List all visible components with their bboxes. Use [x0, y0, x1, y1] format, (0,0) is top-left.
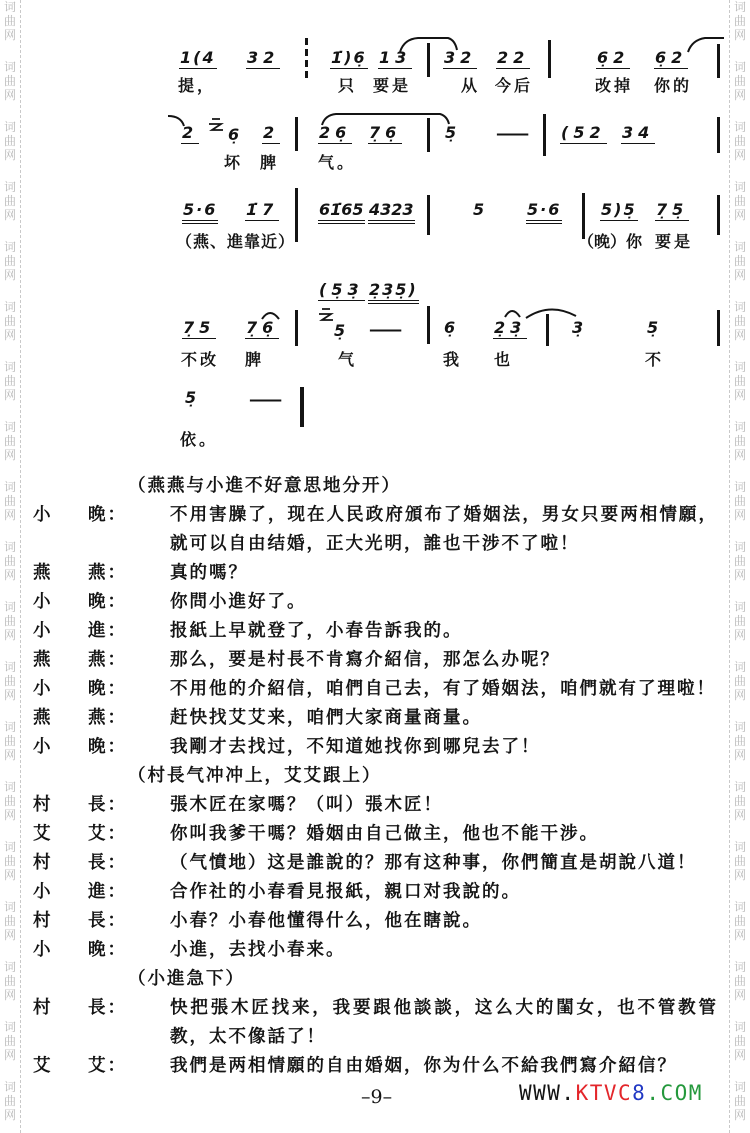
note-group: 6̣2 [596, 50, 630, 69]
speech-text: 就可以自由结婚，正大光明，誰也干涉不了啦！ [170, 530, 580, 559]
lyric: 要是 [655, 233, 693, 251]
barline [295, 188, 298, 242]
note-group: 7̣5 [182, 320, 216, 339]
dialogue-line: 燕 燕： 那么，要是村長不肯寫介紹信，那怎么办呢？ [0, 646, 750, 675]
speaker-name: 小 [33, 878, 53, 907]
watermark-part: KTVC [576, 1081, 633, 1105]
note-group: 5·6 [182, 202, 218, 224]
note-group: 2̣3̣ [493, 320, 527, 339]
speaker-name: 村 [33, 791, 53, 820]
speaker-name: 村 [33, 994, 53, 1023]
note-group: 5̣ [184, 390, 202, 408]
speaker-name: 燕 [33, 704, 53, 733]
lyric: 从 [461, 77, 480, 95]
dialogue-line-continued: 就可以自由结婚，正大光明，誰也干涉不了啦！ [0, 530, 750, 559]
speech-text: 我們是两相情願的自由婚姻，你为什么不給我們寫介紹信？ [170, 1052, 677, 1081]
barline [717, 44, 720, 78]
speech-text: 快把張木匠找来，我要跟他談談，这么大的閨女，也不管教管 [170, 994, 718, 1023]
note-group-upper: 2̣3̣5̣) [368, 282, 419, 304]
speech-text: 合作社的小春看見报紙，親口对我說的。 [170, 878, 521, 907]
speaker-name: 晚： [88, 501, 127, 530]
barline [427, 306, 430, 344]
side-watermark-char: 曲 [4, 1094, 16, 1108]
lyric: 气 [338, 351, 357, 369]
stage-direction-text: （小進急下） [128, 965, 245, 994]
speech-text: 小春？小春他懂得什么，他在瞎說。 [170, 907, 482, 936]
note-group: 5̣ [333, 323, 351, 341]
watermark-part: WWW. [519, 1081, 576, 1105]
hold-dash: — [495, 126, 530, 142]
speaker-name: 燕 [33, 646, 53, 675]
side-watermark-char: 曲 [734, 1094, 746, 1108]
dialogue-line: 村 長： 快把張木匠找来，我要跟他談談，这么大的閨女，也不管教管 [0, 994, 750, 1023]
speaker-name: 燕 [33, 559, 53, 588]
speech-text: 那么，要是村長不肯寫介紹信，那怎么办呢？ [170, 646, 560, 675]
dialogue-line: 村 長： 張木匠在家嗎？（叫）張木匠！ [0, 791, 750, 820]
speech-text: 真的嗎？ [170, 559, 248, 588]
barline [427, 118, 430, 152]
note-group: 32 [246, 50, 280, 69]
music-score: 1(4 32 1̇)6̣ 13 32 22 6̣2 6̣2 提， 只 要是 从 … [0, 0, 750, 460]
barline [427, 195, 430, 235]
watermark-part: 8 [632, 1081, 646, 1105]
speaker-name: 小 [33, 936, 53, 965]
note-group: 5̣ [444, 125, 462, 143]
note-group: 5 [472, 202, 490, 220]
speaker-name: 小 [33, 501, 53, 530]
speaker-name: 長： [88, 791, 127, 820]
final-barline [300, 387, 304, 427]
hold-dash: — [248, 392, 283, 408]
lyric: 脾 [245, 351, 264, 369]
dialogue-line: 村 長： 小春？小春他懂得什么，他在瞎說。 [0, 907, 750, 936]
speech-text: 張木匠在家嗎？（叫）張木匠！ [170, 791, 443, 820]
watermark-part: .COM [646, 1081, 703, 1105]
speaker-name: 晚： [88, 936, 127, 965]
speaker-name: 燕： [88, 704, 127, 733]
speech-text: 你叫我爹干嗎？婚姻由自己做主，他也不能干涉。 [170, 820, 599, 849]
lyric: 也 [494, 351, 513, 369]
stage-direction: （燕燕与小進不好意思地分开） [0, 472, 750, 501]
page-number: –9– [361, 1085, 392, 1109]
speaker-name: 小 [33, 733, 53, 762]
stage-direction-text: （村長气冲冲上，艾艾跟上） [128, 762, 382, 791]
speaker-name: 小 [33, 675, 53, 704]
note-group-upper: (5̣3̣ [318, 282, 365, 301]
speaker-name: 小 [33, 617, 53, 646]
barline [543, 114, 546, 156]
dialogue-line: 艾 艾： 你叫我爹干嗎？婚姻由自己做主，他也不能干涉。 [0, 820, 750, 849]
slur [505, 311, 520, 317]
speech-text: （气憤地）这是誰說的？那有这种事，你們簡直是胡說八道！ [170, 849, 697, 878]
dialogue-line: 小 晚： 你問小進好了。 [0, 588, 750, 617]
note-group: 1̇)6̣ [330, 50, 368, 69]
dialogue-line: 燕 燕： 真的嗎？ [0, 559, 750, 588]
note-group: 1̇7 [245, 202, 279, 221]
speech-text: 报紙上早就登了，小春告訴我的。 [170, 617, 463, 646]
speaker-name: 長： [88, 849, 127, 878]
barline-dashed [305, 38, 308, 82]
speaker-name: 晚： [88, 675, 127, 704]
dialogue-line: 艾 艾： 我們是两相情願的自由婚姻，你为什么不給我們寫介紹信？ [0, 1052, 750, 1081]
barline [717, 195, 720, 235]
site-watermark: WWW.KTVC8.COM [519, 1081, 703, 1105]
lyric: 我 [443, 351, 462, 369]
note-group: 7̣5̣ [655, 202, 689, 221]
barline [295, 310, 298, 346]
dialogue-line: 小 晚： 不用害臊了，现在人民政府頒布了婚姻法，男女只要两相情願， [0, 501, 750, 530]
lyric: 气。 [318, 154, 356, 172]
speaker-name: 村 [33, 907, 53, 936]
lyric: 你的 [654, 77, 692, 95]
dialogue-line: 村 長： （气憤地）这是誰說的？那有这种事，你們簡直是胡說八道！ [0, 849, 750, 878]
speech-text: 你問小進好了。 [170, 588, 307, 617]
speaker-name: 燕： [88, 646, 127, 675]
note-group: 32 [443, 50, 477, 69]
slurs [0, 0, 750, 460]
note-group: 6̣2 [654, 50, 688, 69]
dialogue-line: 燕 燕： 赶快找艾艾来，咱們大家商量商量。 [0, 704, 750, 733]
note-group: 2 [262, 125, 280, 144]
lyric: 脾 [260, 154, 279, 172]
lyric: 不改 [181, 351, 219, 369]
note-group: 22 [496, 50, 530, 69]
note-group: 3̣ [571, 320, 589, 338]
note-group: 26̣ [318, 125, 352, 144]
side-watermark-group: 词曲网 [0, 1080, 20, 1133]
lyric: （晚）你 [578, 233, 642, 251]
speaker-name: 艾： [88, 820, 127, 849]
barline [717, 310, 720, 346]
dialogue-line-continued: 教，太不像話了！ [0, 1023, 750, 1052]
barline [717, 117, 720, 153]
speaker-name: 長： [88, 994, 127, 1023]
speech-text: 不用害臊了，现在人民政府頒布了婚姻法，男女只要两相情願， [170, 501, 718, 530]
barline [295, 117, 298, 151]
lyric: 不 [645, 351, 664, 369]
lyric: 今后 [495, 77, 533, 95]
note-group: (52 [560, 125, 607, 144]
speaker-name: 小 [33, 588, 53, 617]
speaker-name: 進： [88, 878, 127, 907]
side-watermark-char: 网 [4, 1108, 16, 1122]
dialogue-line: 小 晚： 小進，去找小春来。 [0, 936, 750, 965]
speech-text: 不用他的介紹信，咱們自己去，有了婚姻法，咱們就有了理啦！ [170, 675, 716, 704]
note-group: 7̣6̣ [368, 125, 402, 144]
side-watermark-group: 词曲网 [730, 1080, 750, 1133]
side-watermark-char: 词 [4, 1080, 16, 1094]
note-group: 5·6 [526, 202, 562, 224]
speaker-name: 晚： [88, 588, 127, 617]
side-watermark-char: 词 [734, 1080, 746, 1094]
stage-direction: （村長气冲冲上，艾艾跟上） [0, 762, 750, 791]
dialogue-line: 小 進： 报紙上早就登了，小春告訴我的。 [0, 617, 750, 646]
dialogue-line: 小 晚： 我剛才去找过，不知道她找你到哪兒去了！ [0, 733, 750, 762]
note-group: 34 [621, 125, 655, 144]
speaker-name: 長： [88, 907, 127, 936]
barline [546, 314, 549, 346]
speech-text: 我剛才去找过，不知道她找你到哪兒去了！ [170, 733, 541, 762]
note-group: 5)5̣ [600, 202, 638, 221]
lyric: 要是 [373, 77, 411, 95]
note-group: 7̣6̣ [245, 320, 279, 339]
ornament-icon [318, 307, 334, 321]
note-group: 61̇65 [318, 202, 365, 224]
side-watermark-char: 网 [734, 1108, 746, 1122]
hold-dash: — [368, 322, 403, 338]
stage-cue: （燕、進靠近） [176, 233, 295, 251]
speech-text: 小進，去找小春来。 [170, 936, 346, 965]
dialogue: （燕燕与小進不好意思地分开） 小 晚： 不用害臊了，现在人民政府頒布了婚姻法，男… [0, 472, 750, 1081]
stage-direction: （小進急下） [0, 965, 750, 994]
stage-direction-text: （燕燕与小進不好意思地分开） [128, 472, 401, 501]
dialogue-line: 小 進： 合作社的小春看見报紙，親口对我說的。 [0, 878, 750, 907]
speech-text: 教，太不像話了！ [170, 1023, 326, 1052]
speaker-name: 艾 [33, 1052, 53, 1081]
note-group: 6̣ [227, 127, 245, 145]
dialogue-line: 小 晚： 不用他的介紹信，咱們自己去，有了婚姻法，咱們就有了理啦！ [0, 675, 750, 704]
note-group: 13 [378, 50, 412, 69]
barline [427, 43, 430, 77]
note-group: 5̣ [646, 320, 664, 338]
barline [548, 40, 551, 78]
speaker-name: 進： [88, 617, 127, 646]
note-group: 1(4 [179, 50, 217, 69]
speaker-name: 燕： [88, 559, 127, 588]
speaker-name: 晚： [88, 733, 127, 762]
lyric: 提， [178, 77, 216, 95]
note-group: 4323 [368, 202, 415, 224]
note-group: 6̣ [443, 320, 461, 338]
ornament-icon [208, 117, 224, 131]
lyric: 改掉 [595, 77, 633, 95]
speech-text: 赶快找艾艾来，咱們大家商量商量。 [170, 704, 482, 733]
speaker-name: 村 [33, 849, 53, 878]
speaker-name: 艾 [33, 820, 53, 849]
lyric: 依。 [180, 431, 218, 449]
speaker-name: 艾： [88, 1052, 127, 1081]
slur [526, 309, 576, 318]
lyric: 坏 [224, 154, 243, 172]
lyric: 只 [338, 77, 357, 95]
note-group: 2 [181, 125, 199, 144]
